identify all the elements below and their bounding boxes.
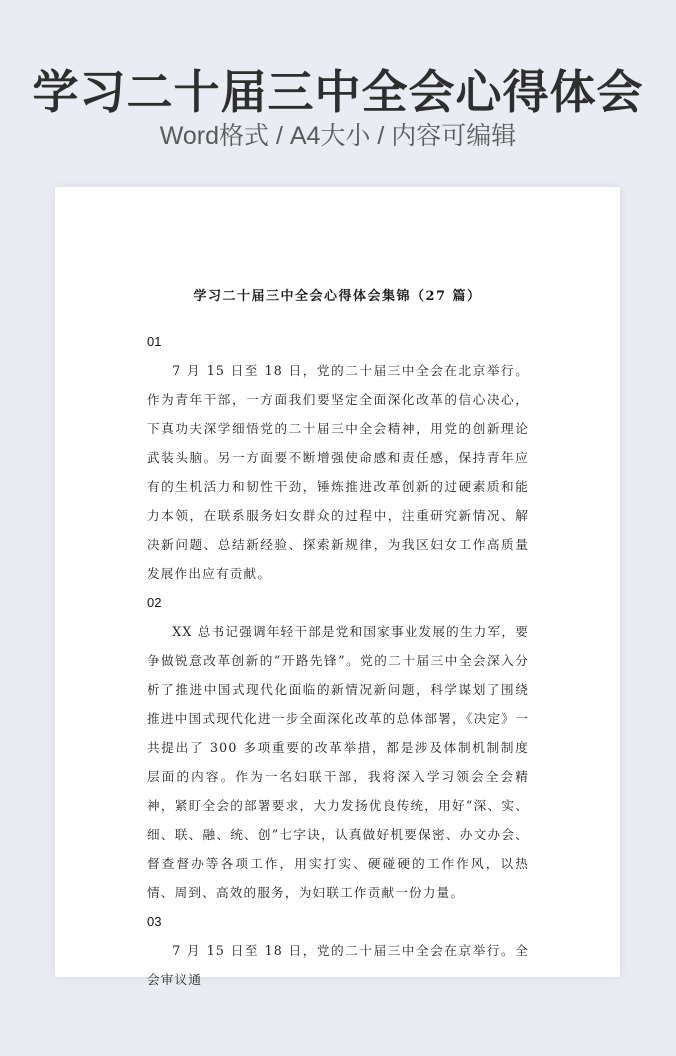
section-paragraph: 7 月 15 日至 18 日，党的二十届三中全会在北京举行。作为青年干部，一方面… bbox=[147, 356, 529, 588]
section-paragraph: 7 月 15 日至 18 日，党的二十届三中全会在京举行。全会审议通 bbox=[147, 936, 529, 994]
section-number: 03 bbox=[147, 907, 529, 936]
document-page: 学习二十届三中全会心得体会集锦（27 篇） 01 7 月 15 日至 18 日，… bbox=[55, 187, 620, 977]
document-title: 学习二十届三中全会心得体会集锦（27 篇） bbox=[55, 285, 620, 304]
hero-subtitle: Word格式 / A4大小 / 内容可编辑 bbox=[0, 118, 676, 154]
section-number: 02 bbox=[147, 588, 529, 617]
section-number: 01 bbox=[147, 327, 529, 356]
document-body: 01 7 月 15 日至 18 日，党的二十届三中全会在北京举行。作为青年干部，… bbox=[147, 327, 529, 994]
section-paragraph: XX 总书记强调年轻干部是党和国家事业发展的生力军，要争做锐意改革创新的“开路先… bbox=[147, 617, 529, 907]
hero-title: 学习二十届三中全会心得体会 bbox=[0, 62, 676, 122]
